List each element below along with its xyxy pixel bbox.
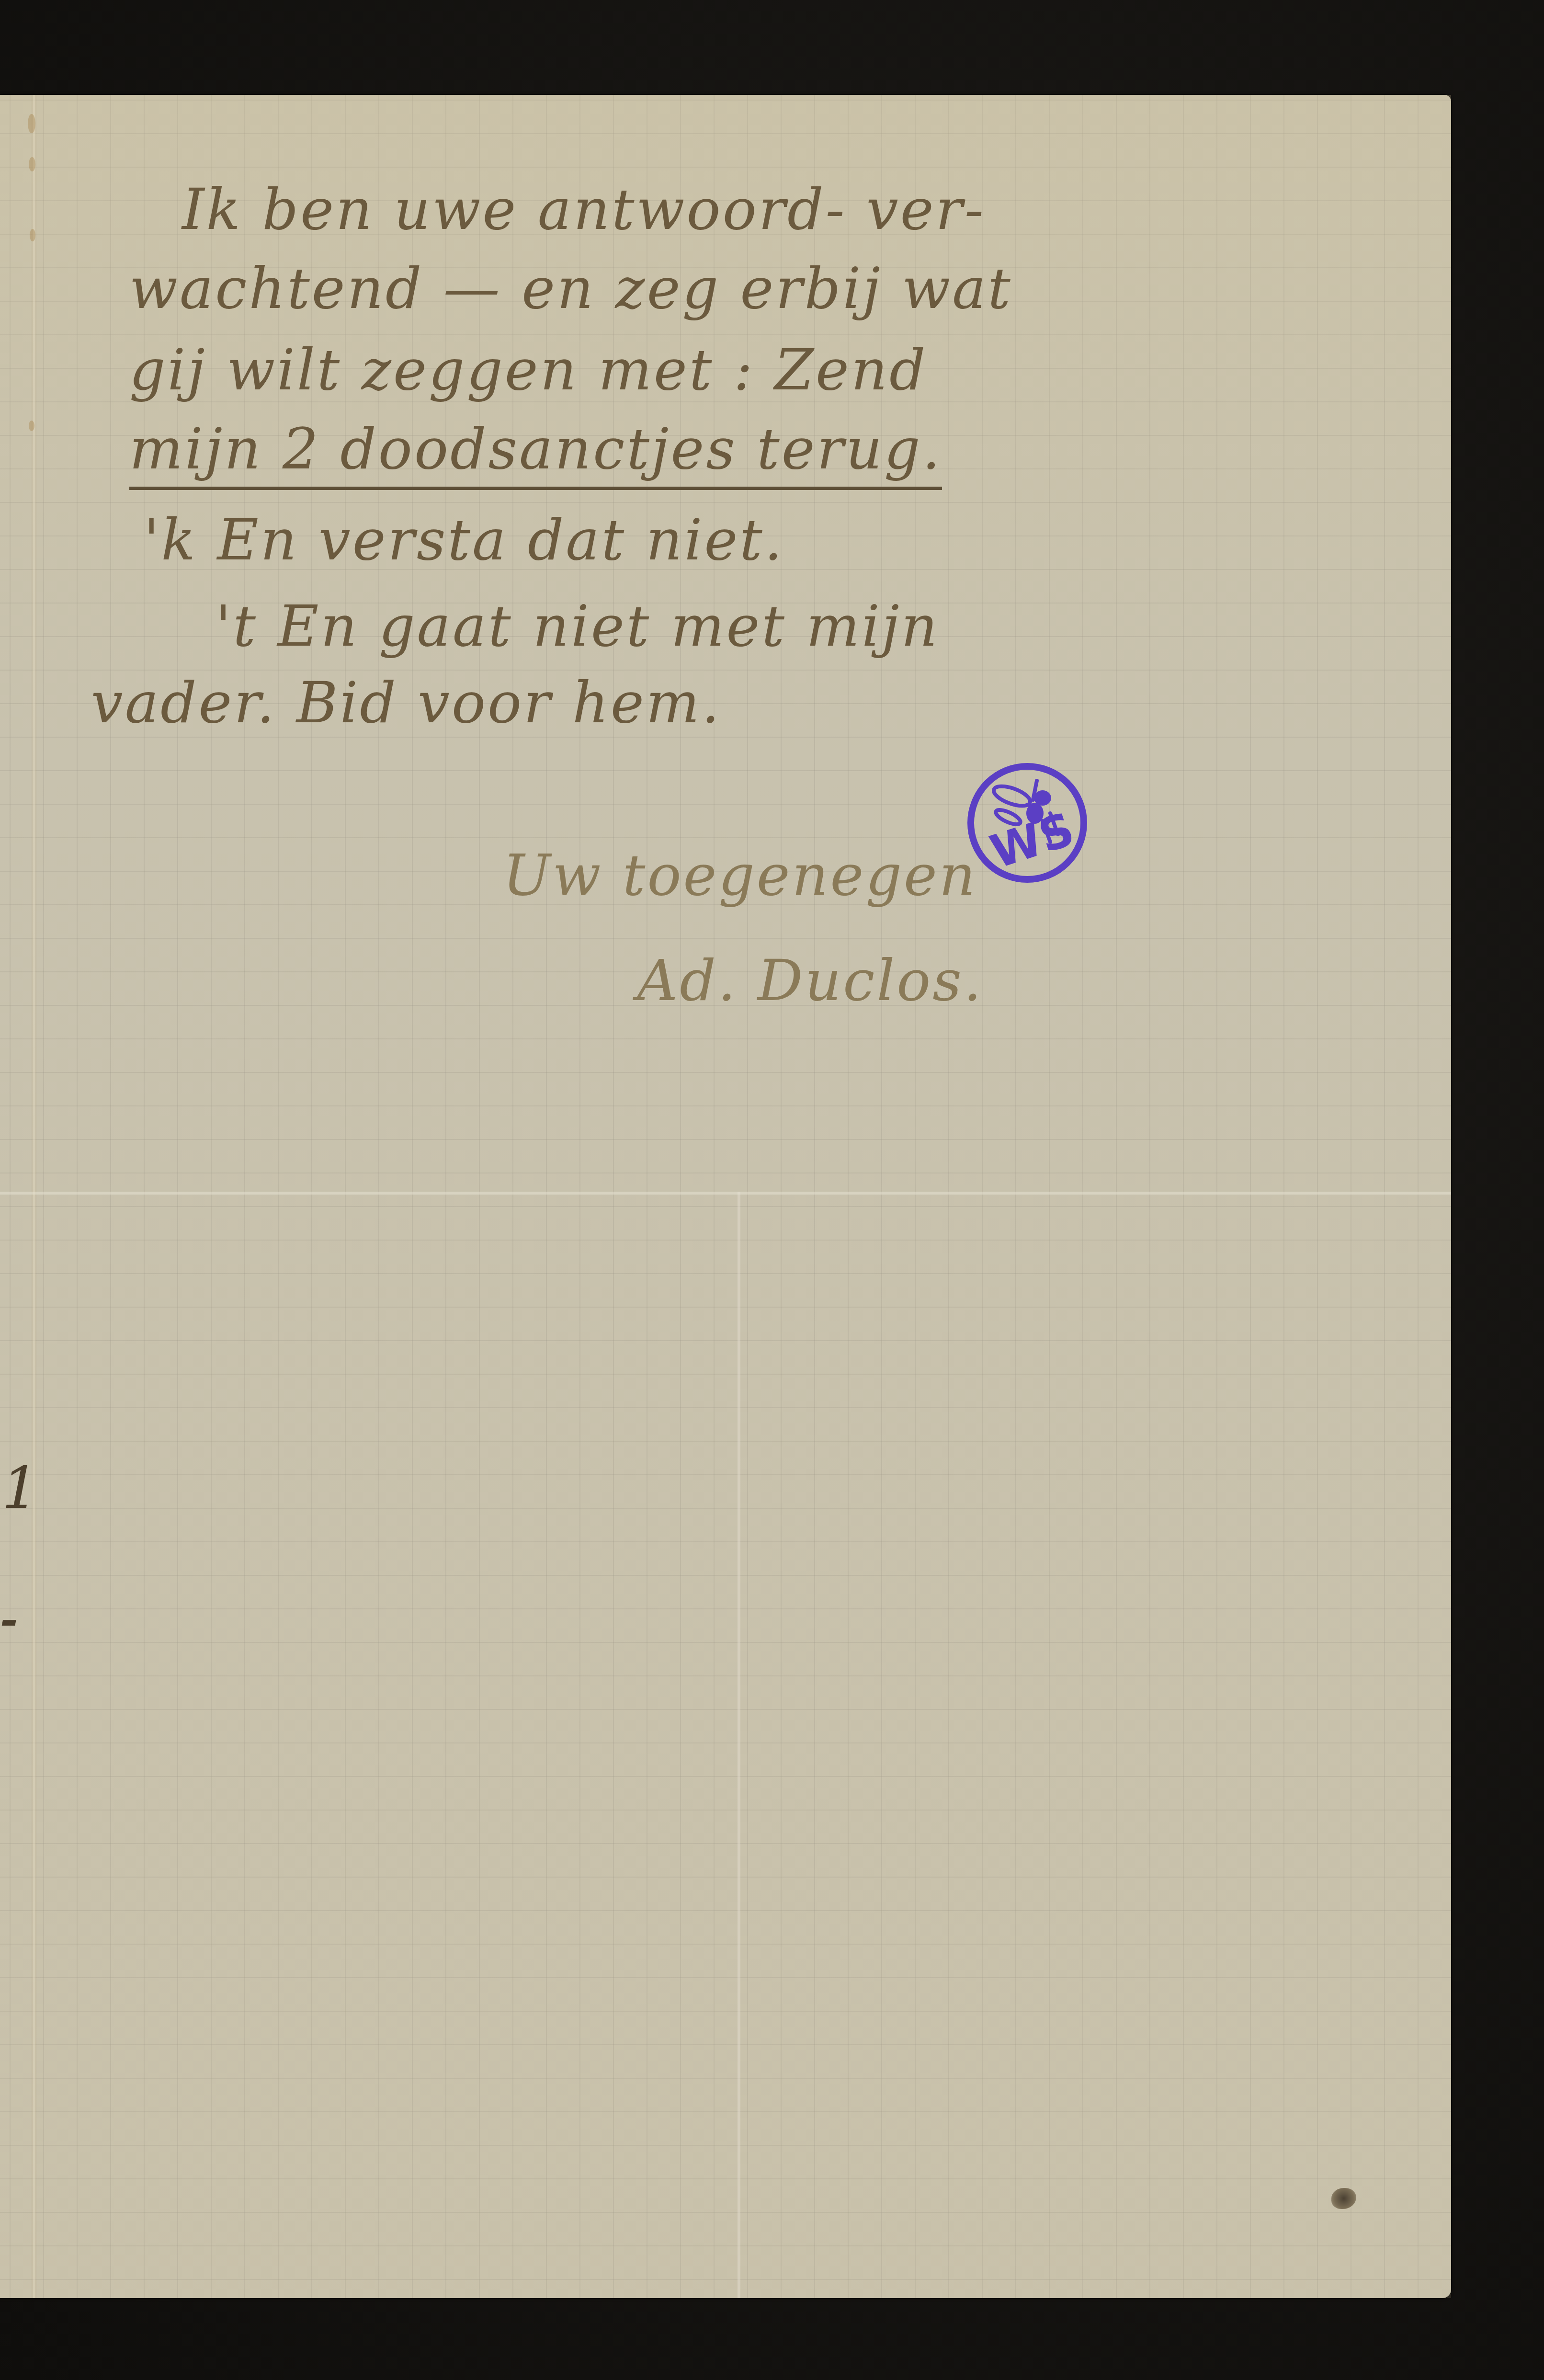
horizontal-fold-crease [0, 1192, 1451, 1195]
letter-sheet: 1 - Ik ben uwe antwoord- ver- wachtend —… [0, 95, 1451, 2298]
letter-line-4-underlined: mijn 2 doodsanctjes terug. [129, 416, 942, 490]
collection-stamp: WS [967, 763, 1087, 883]
letter-line-7: vader. Bid voor hem. [91, 670, 721, 736]
left-margin-mark: 1 [2, 1455, 38, 1522]
letter-line-5: 'k En versta dat niet. [144, 507, 784, 573]
signature: Ad. Duclos. [637, 947, 983, 1013]
ink-stain [1331, 2188, 1356, 2209]
foxing-spot [29, 157, 35, 171]
letter-line-1: Ik ben uwe antwoord- ver- [182, 176, 986, 242]
letter-line-6: 't En gaat niet met mijn [216, 593, 940, 659]
letter-line-2: wachtend — en zeg erbij wat [129, 255, 1012, 321]
letter-line-3: gij wilt zeggen met : Zend [129, 337, 927, 403]
letter-closing: Uw toegenegen [503, 842, 977, 908]
left-margin-dash: - [0, 1594, 18, 1645]
foxing-spot [30, 229, 35, 241]
foxing-spot [28, 114, 35, 133]
vertical-fold-crease [738, 1192, 740, 2298]
foxing-spot [29, 421, 34, 431]
